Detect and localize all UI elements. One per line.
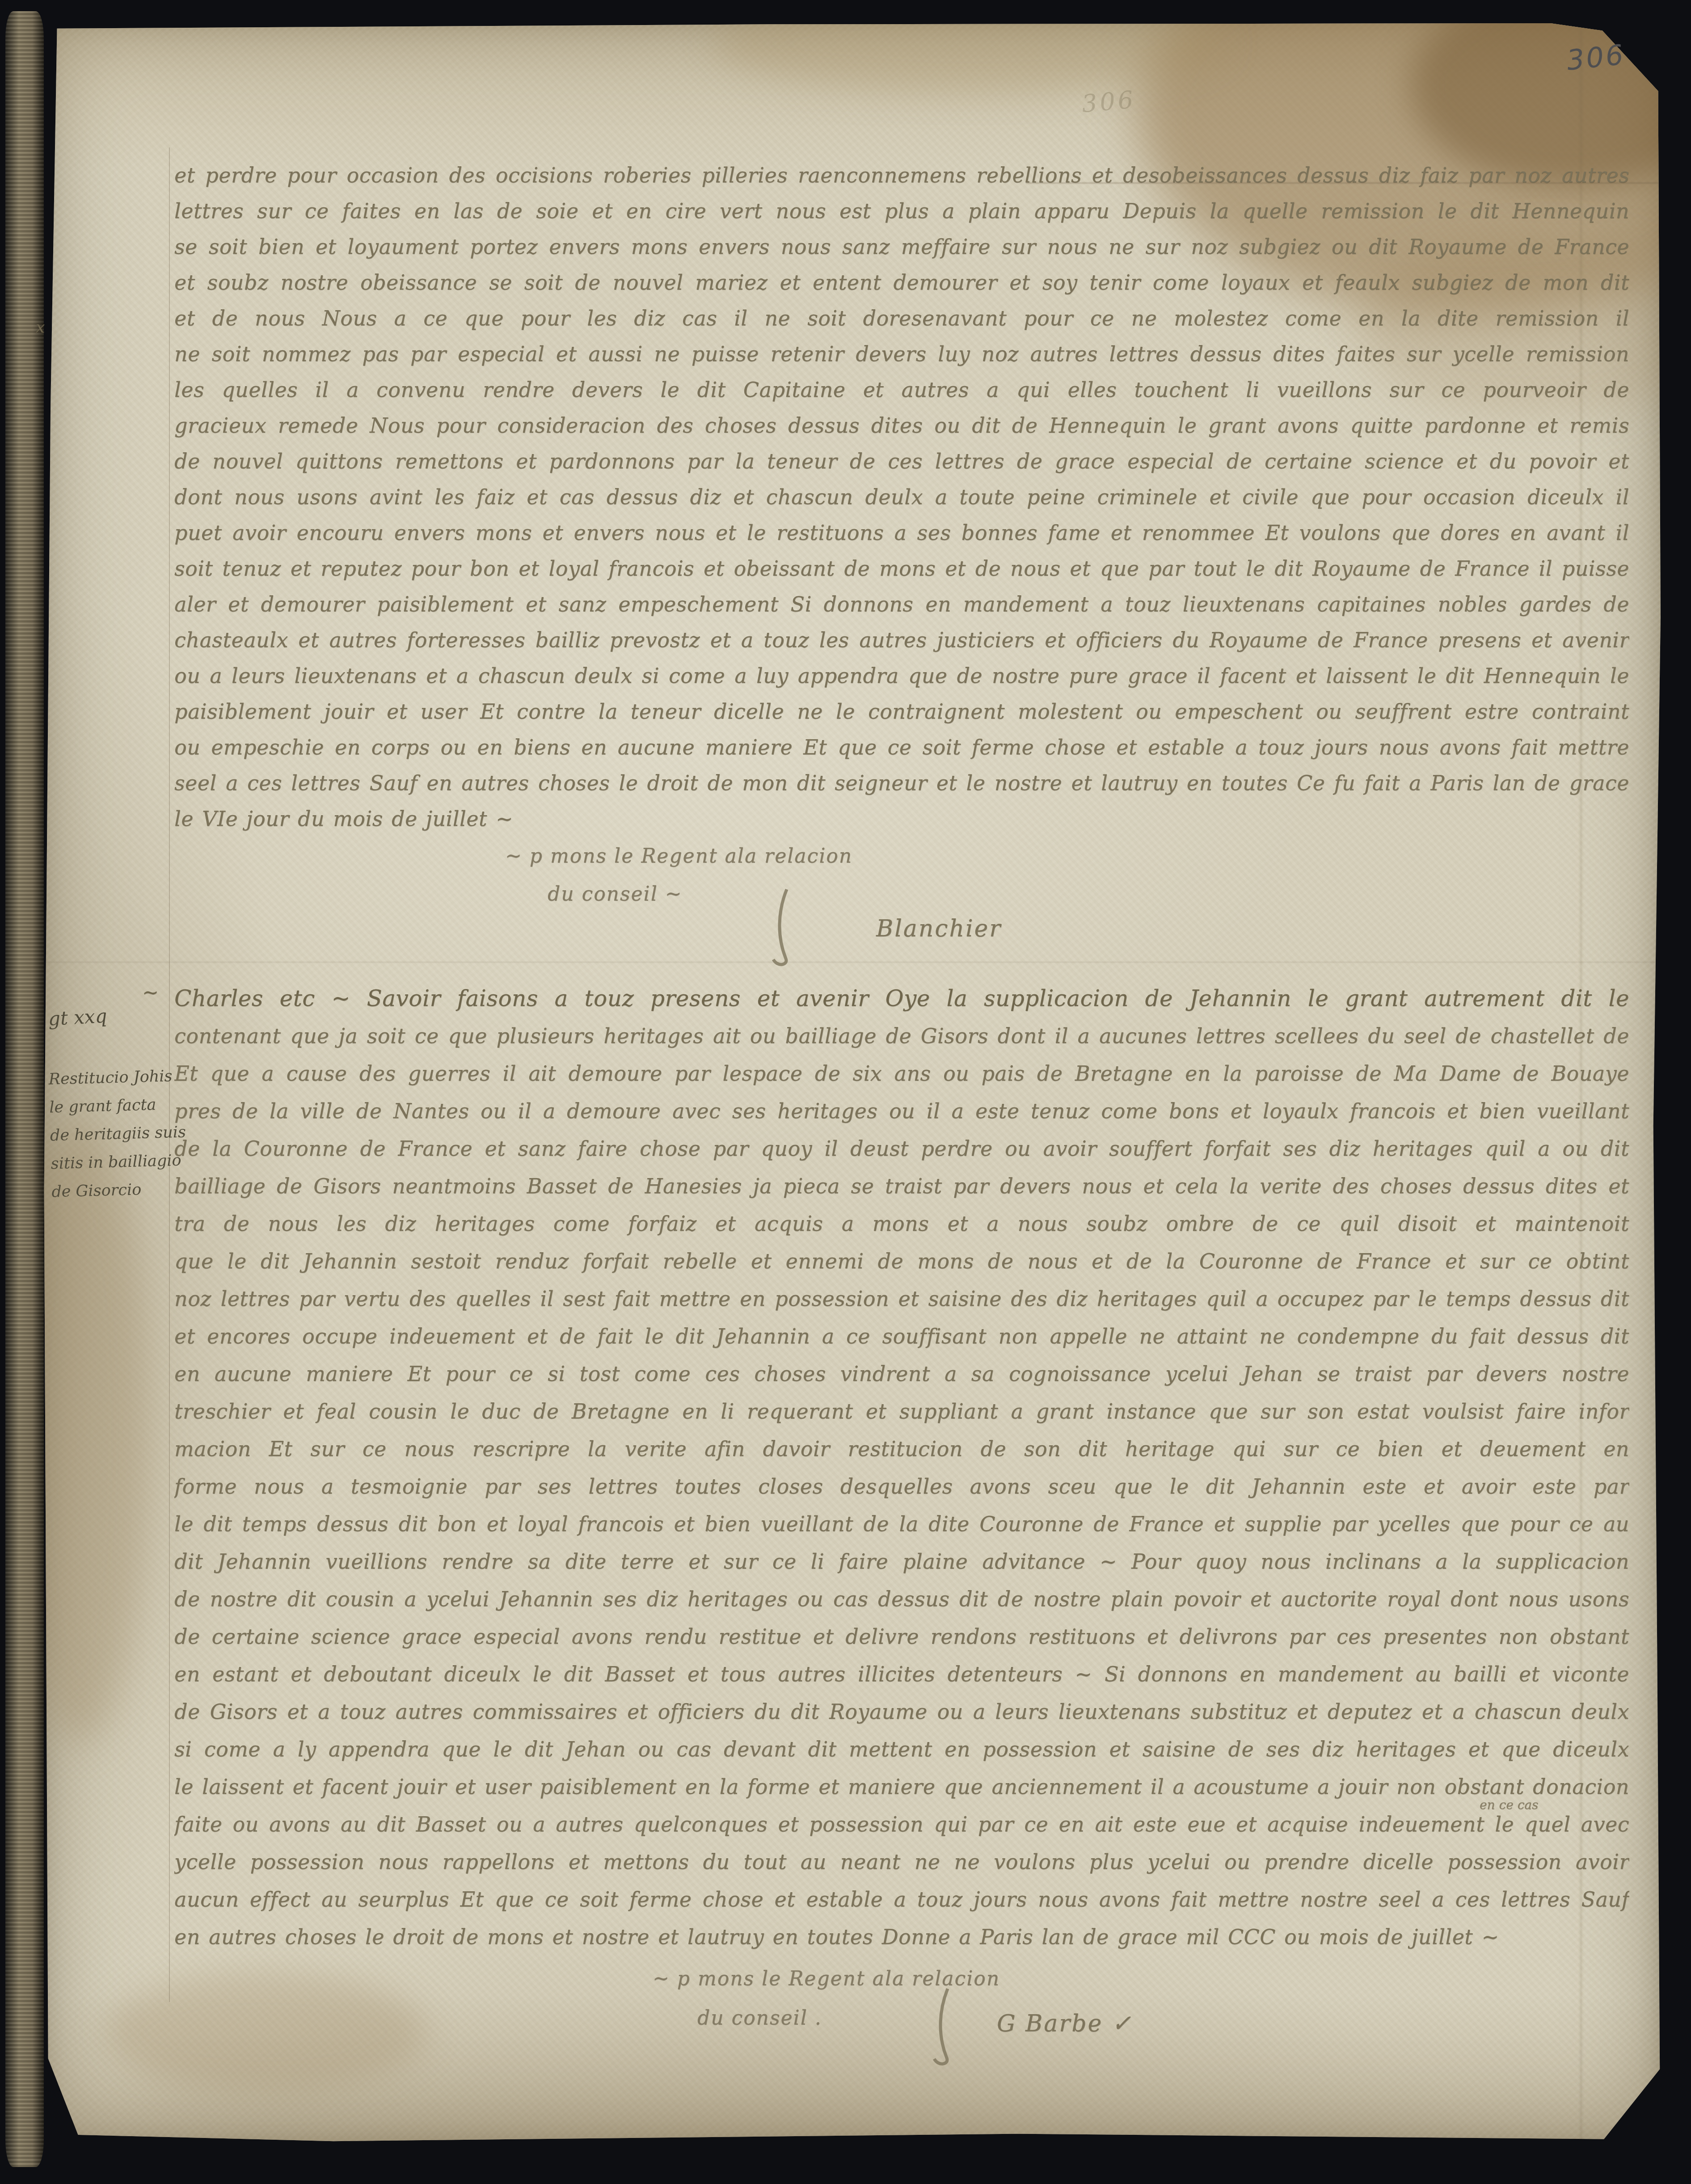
manuscript-line: bailliage de Gisors neantmoins Basset de… <box>174 1167 1629 1205</box>
manuscript-line: en aucune maniere Et pour ce si tost com… <box>174 1355 1629 1393</box>
water-stain <box>105 1972 427 2092</box>
interline-addition: en ce cas <box>1480 1797 1538 1812</box>
manuscript-line: soit tenuz et reputez pour bon et loyal … <box>174 551 1629 586</box>
manuscript-line: le laissent et facent jouir et user pais… <box>174 1768 1629 1805</box>
doc1-text-block: et perdre pour occasion des occisions ro… <box>174 157 1629 837</box>
manuscript-line: noz lettres par vertu des quelles il ses… <box>174 1280 1629 1317</box>
manuscript-line: macion Et sur ce nous rescripre la verit… <box>174 1430 1629 1468</box>
manuscript-line: de la Couronne de France et sanz faire c… <box>174 1130 1629 1167</box>
manuscript-line: et encores occupe indeuement et de fait … <box>174 1317 1629 1355</box>
doc2-date-line: en autres choses le droit de mons et nos… <box>174 1918 1629 1956</box>
doc1-subscription-line2: du conseil ~ <box>548 883 683 905</box>
manuscript-line: dont nous usons avint les faiz et cas de… <box>174 479 1629 515</box>
manuscript-line: le dit temps dessus dit bon et loyal fra… <box>174 1505 1629 1543</box>
doc1-signature: Blanchier <box>876 915 1002 942</box>
paragraph-mark: ~ <box>142 981 159 1004</box>
manuscript-line: puet avoir encouru envers mons et envers… <box>174 515 1629 551</box>
manuscript-line: ou empeschie en corps ou en biens en auc… <box>174 729 1629 765</box>
doc1-subscription-line1: ~ p mons le Regent ala relacion <box>505 845 852 867</box>
manuscript-line: Et que a cause des guerres il ait demour… <box>174 1055 1629 1092</box>
doc2-signature: G Barbe ✓ <box>997 2010 1132 2037</box>
manuscript-line: lettres sur ce faites en las de soie et … <box>174 193 1629 229</box>
folio-number-pencil: 306 <box>1565 38 1627 76</box>
manuscript-line: ou a leurs lieuxtenans et a chascun deul… <box>174 658 1629 694</box>
notary-paraph <box>921 1986 970 2067</box>
manuscript-line: tra de nous les diz heritages come forfa… <box>174 1205 1629 1242</box>
manuscript-line: pres de la ville de Nantes ou il a demou… <box>174 1092 1629 1130</box>
manuscript-line: de certaine science grace especial avons… <box>174 1618 1629 1655</box>
manuscript-line: que le dit Jehannin sestoit renduz forfa… <box>174 1242 1629 1280</box>
manuscript-line: et perdre pour occasion des occisions ro… <box>174 157 1629 193</box>
manuscript-line: et de nous Nous a ce que pour les diz ca… <box>174 300 1629 336</box>
manuscript-line: seel a ces lettres Sauf en autres choses… <box>174 765 1629 801</box>
manuscript-line: dit Jehannin vueillions rendre sa dite t… <box>174 1543 1629 1580</box>
manuscript-line: Charles etc ~ Savoir faisons a touz pres… <box>174 980 1629 1017</box>
manuscript-line: paisiblement jouir et user Et contre la … <box>174 694 1629 729</box>
manuscript-line: et soubz nostre obeissance se soit de no… <box>174 265 1629 300</box>
doc1-date-line: le VIe jour du mois de juillet ~ <box>174 801 1629 837</box>
manuscript-line: aucun effect au seurplus Et que ce soit … <box>174 1881 1629 1918</box>
manuscript-line: treschier et feal cousin le duc de Breta… <box>174 1393 1629 1430</box>
manuscript-line: ycelle possession nous rappellons et met… <box>174 1843 1629 1881</box>
manuscript-line: en estant et deboutant diceulx le dit Ba… <box>174 1655 1629 1693</box>
manuscript-line: aler et demourer paisiblement et sanz em… <box>174 586 1629 622</box>
crease-line <box>42 962 1661 963</box>
manuscript-line: se soit bien et loyaument portez envers … <box>174 229 1629 265</box>
doc2-subscription-line2: du conseil . <box>697 2007 822 2029</box>
manuscript-line: chasteaulx et autres forteresses bailliz… <box>174 622 1629 658</box>
manuscript-line: ne soit nommez pas par especial et aussi… <box>174 336 1629 372</box>
notary-paraph <box>760 887 809 968</box>
manuscript-photo: { "folio": { "pencil_number": "306", "in… <box>0 0 1691 2184</box>
folio-number-ink: 306 <box>1080 85 1137 118</box>
manuscript-line: forme nous a tesmoignie par ses lettres … <box>174 1468 1629 1505</box>
manuscript-line: de Gisors et a touz autres commissaires … <box>174 1693 1629 1730</box>
doc2-text-block: Charles etc ~ Savoir faisons a touz pres… <box>174 980 1629 1956</box>
manuscript-line: faite ou avons au dit Basset ou a autres… <box>174 1805 1629 1843</box>
manuscript-line: les quelles il a convenu rendre devers l… <box>174 372 1629 408</box>
manuscript-line: gracieux remede Nous pour consideracion … <box>174 408 1629 443</box>
manuscript-line: si come a ly appendra que le dit Jehan o… <box>174 1730 1629 1768</box>
margin-entry-number: gt xxq <box>48 1005 108 1030</box>
margin-mark: x <box>36 318 45 337</box>
manuscript-line: contenant que ja soit ce que plusieurs h… <box>174 1017 1629 1055</box>
manuscript-line: de nouvel quittons remettons et pardonno… <box>174 443 1629 479</box>
manuscript-line: de nostre dit cousin a ycelui Jehannin s… <box>174 1580 1629 1618</box>
